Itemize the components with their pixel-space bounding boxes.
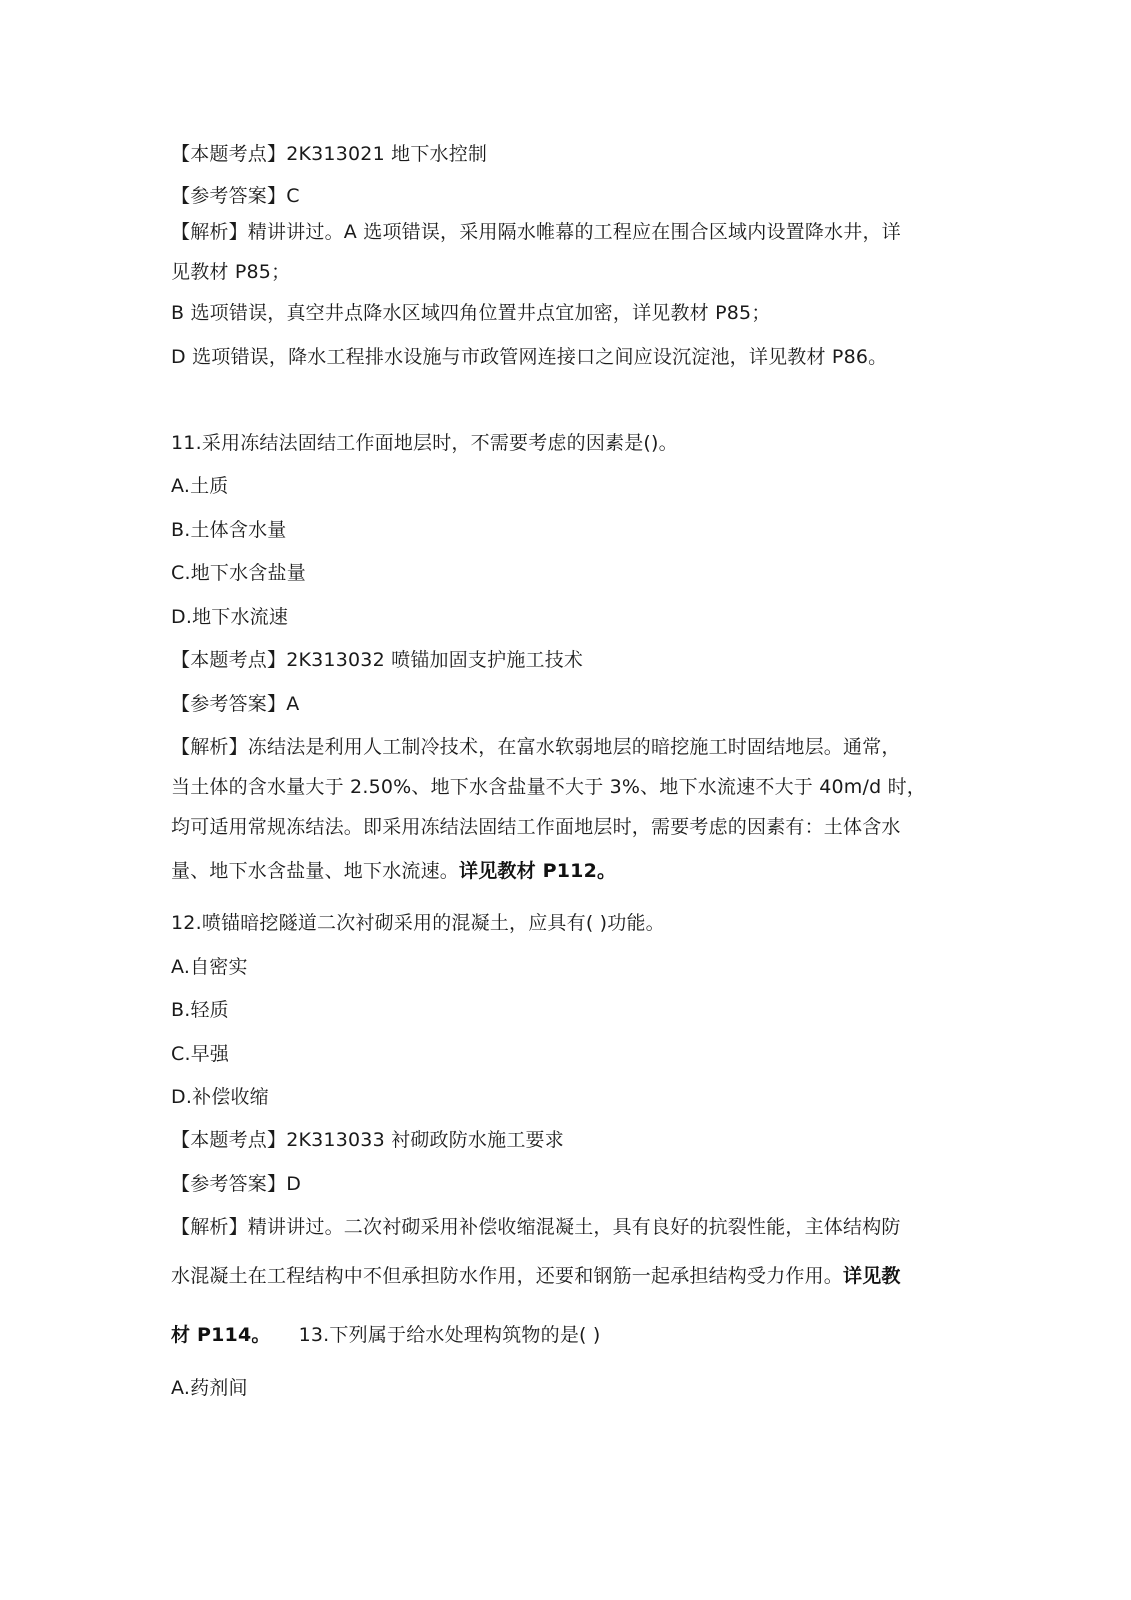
q12-analysis-line-1: 【解析】精讲讲过。二次衬砌采用补偿收缩混凝土，具有良好的抗裂性能，主体结构防 — [171, 1215, 901, 1239]
q12-textbook-reference-end: 材 P114。 — [171, 1324, 271, 1346]
q11-analysis-line-4: 量、地下水含盐量、地下水流速。详见教材 P112。 — [171, 859, 616, 883]
q12-analysis-line-2: 水混凝土在工程结构中不但承担防水作用，还要和钢筋一起承担结构受力作用。详见教 — [171, 1264, 901, 1288]
q12-option-c: C.早强 — [171, 1042, 229, 1066]
q12-textbook-reference-start: 详见教 — [843, 1265, 901, 1287]
q12-stem: 12.喷锚暗挖隧道二次衬砌采用的混凝土，应具有( )功能。 — [171, 911, 665, 935]
q13-option-a: A.药剂间 — [171, 1376, 248, 1400]
q11-option-a: A.土质 — [171, 474, 229, 498]
q12-option-d: D.补偿收缩 — [171, 1085, 269, 1109]
q12-q13-line: 材 P114。13.下列属于给水处理构筑物的是( ) — [171, 1323, 601, 1347]
q11-analysis-line-3: 均可适用常规冻结法。即采用冻结法固结工作面地层时，需要考虑的因素有：土体含水 — [171, 815, 901, 839]
q11-stem: 11.采用冻结法固结工作面地层时，不需要考虑的因素是()。 — [171, 431, 678, 455]
q12-answer: 【参考答案】D — [171, 1172, 301, 1196]
q10-answer: 【参考答案】C — [171, 184, 300, 208]
q10-analysis-line-2: 见教材 P85； — [171, 260, 290, 284]
q10-topic: 【本题考点】2K313021 地下水控制 — [171, 142, 487, 166]
q11-answer: 【参考答案】A — [171, 692, 299, 716]
q11-analysis-text: 量、地下水含盐量、地下水流速。 — [171, 860, 459, 882]
q11-option-b: B.土体含水量 — [171, 518, 286, 542]
q12-option-a: A.自密实 — [171, 955, 248, 979]
q12-analysis-text: 水混凝土在工程结构中不但承担防水作用，还要和钢筋一起承担结构受力作用。 — [171, 1265, 843, 1287]
q11-analysis-line-2: 当土体的含水量大于 2.50%、地下水含盐量不大于 3%、地下水流速不大于 40… — [171, 775, 926, 799]
q11-textbook-reference: 详见教材 P112。 — [459, 860, 616, 882]
q11-option-d: D.地下水流速 — [171, 605, 288, 629]
q10-analysis-line-1: 【解析】精讲讲过。A 选项错误，采用隔水帷幕的工程应在围合区域内设置降水井，详 — [171, 220, 901, 244]
q13-stem: 13.下列属于给水处理构筑物的是( ) — [299, 1324, 601, 1346]
q12-option-b: B.轻质 — [171, 998, 229, 1022]
q12-topic: 【本题考点】2K313033 衬砌政防水施工要求 — [171, 1128, 564, 1152]
q11-topic: 【本题考点】2K313032 喷锚加固支护施工技术 — [171, 648, 583, 672]
q11-analysis-line-1: 【解析】冻结法是利用人工制冷技术，在富水软弱地层的暗挖施工时固结地层。通常， — [171, 735, 901, 759]
q10-analysis-line-3: B 选项错误，真空井点降水区域四角位置井点宜加密，详见教材 P85； — [171, 301, 771, 325]
q11-option-c: C.地下水含盐量 — [171, 561, 306, 585]
q10-analysis-line-4: D 选项错误，降水工程排水设施与市政管网连接口之间应设沉淀池，详见教材 P86。 — [171, 345, 887, 369]
document-page: 【本题考点】2K313021 地下水控制 【参考答案】C 【解析】精讲讲过。A … — [0, 0, 1131, 1600]
